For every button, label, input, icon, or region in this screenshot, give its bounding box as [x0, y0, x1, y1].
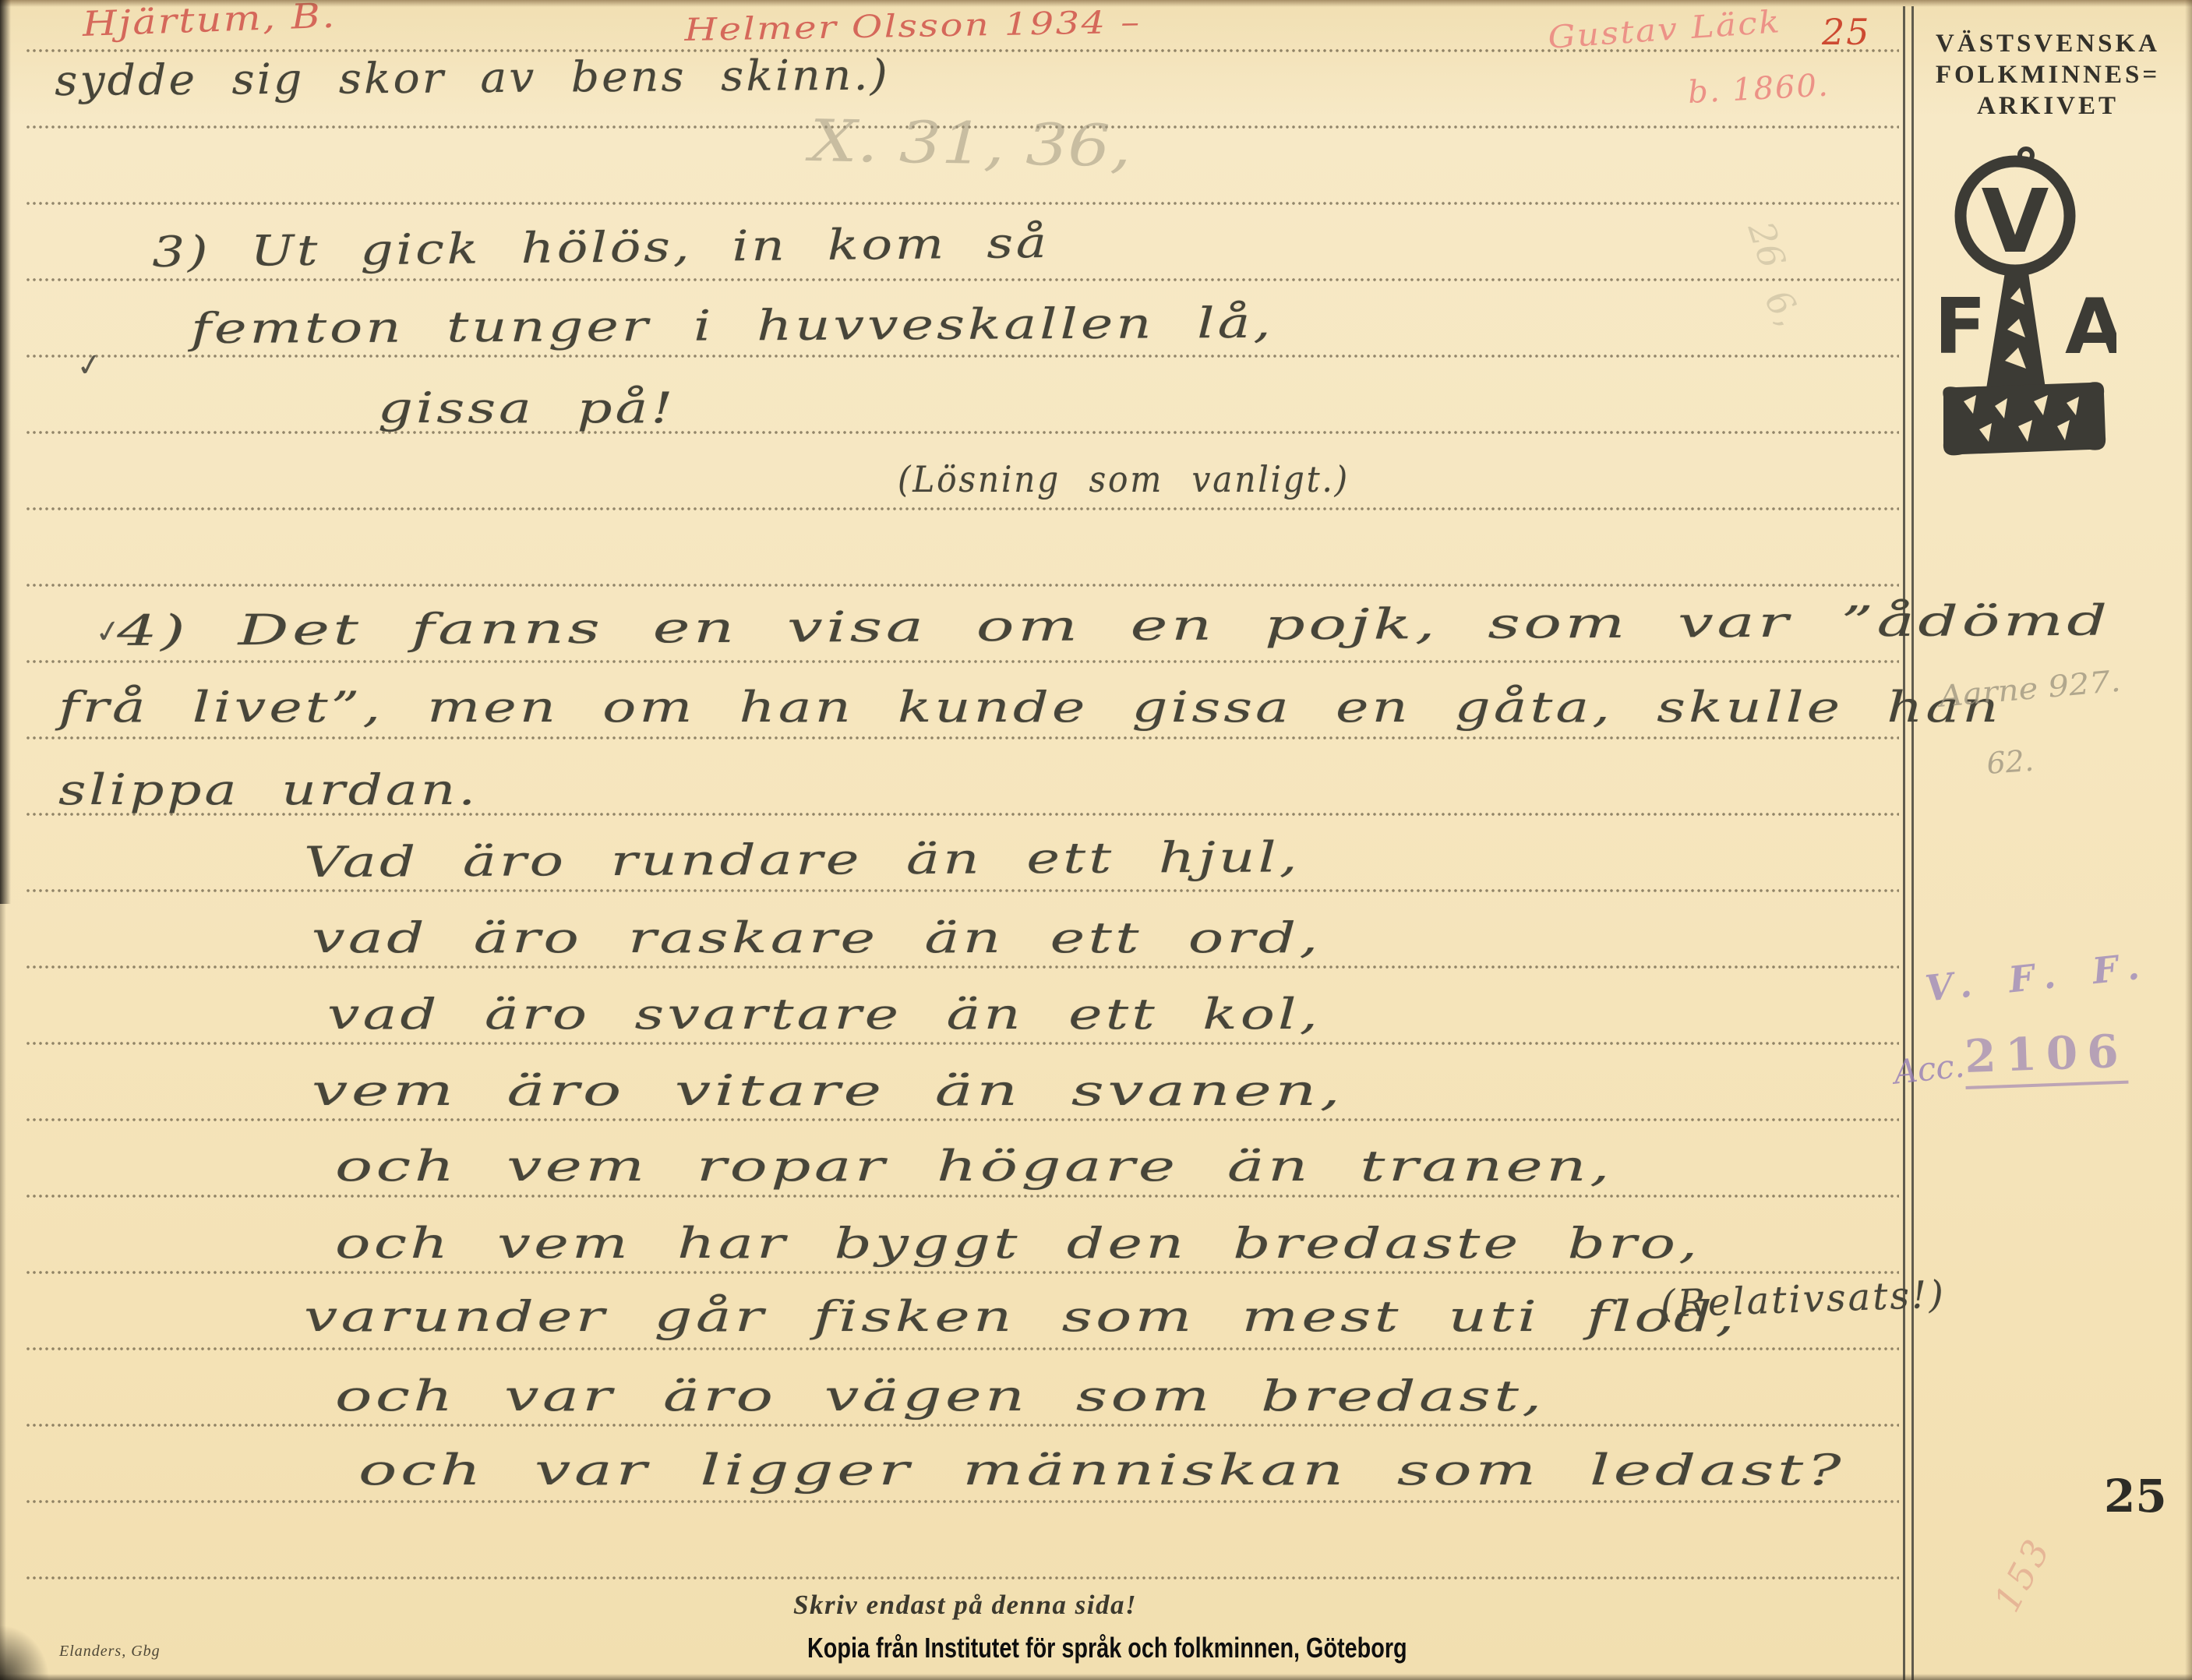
archive-logo: V F A — [1931, 144, 2116, 471]
scan-edge-left-lower — [0, 904, 6, 1680]
manuscript-line: och vem ropar högare än tranen, — [335, 1142, 1613, 1191]
vff-stamp: V. F. F. — [1923, 944, 2154, 1009]
thors-hammer-icon: V F A — [1931, 144, 2116, 471]
archive-name-line1: VÄSTSVENSKA — [1918, 28, 2177, 59]
manuscript-line: gissa på! — [378, 383, 676, 432]
aarne-type-note: Aarne 927. — [1938, 664, 2122, 714]
informant-birthyear-annotation: b. 1860. — [1687, 67, 1830, 110]
manuscript-line: vem äro vitare än svanen, — [312, 1066, 1343, 1115]
check-mark-icon: ✓ — [74, 346, 105, 385]
manuscript-line: slippa urdan. — [58, 765, 478, 814]
margin-divider-line-left — [1903, 6, 1905, 1680]
copy-watermark: Kopia från Institutet för språk och folk… — [807, 1632, 1407, 1664]
manuscript-line: och vem har byggt den bredaste bro, — [335, 1219, 1700, 1268]
archive-name-line2: FOLKMINNES= — [1918, 59, 2177, 90]
scan-corner-shadow — [0, 1625, 50, 1680]
accession-number-stamp: 2106 — [1964, 1025, 2129, 1089]
accession-label: Acc. — [1892, 1046, 1966, 1092]
manuscript-line: Vad äro rundare än ett hjul, — [304, 832, 1301, 887]
manuscript-line: 3) Ut gick hölös, in kom så — [152, 218, 1050, 277]
archive-name-line3: ARKIVET — [1918, 90, 2177, 122]
manuscript-line: sydde sig skor av bens skinn.) — [55, 51, 890, 105]
manuscript-line: (Lösning som vanligt.) — [898, 458, 1350, 500]
manuscript-line: 4) Det fanns en visa om en pojk, som var… — [117, 596, 2111, 655]
margin-divider-line-right — [1911, 6, 1914, 1680]
logo-letter-v: V — [1982, 171, 2049, 273]
scan-edge-top — [0, 0, 2192, 7]
archive-name: VÄSTSVENSKA FOLKMINNES= ARKIVET — [1918, 28, 2177, 122]
pencil-signum: X. 31, 36, — [809, 108, 1131, 180]
scan-edge-right — [2185, 0, 2192, 1680]
printer-mark: Elanders, Gbg — [59, 1643, 161, 1661]
faint-red-number: 153 — [1986, 1530, 2060, 1618]
manuscript-line: och var ligger människan som ledast? — [358, 1445, 1844, 1495]
logo-letter-f: F — [1934, 283, 1986, 372]
scan-edge-bottom — [0, 1674, 2192, 1680]
printed-page-number: 25 — [2104, 1470, 2167, 1523]
logo-letter-a: A — [2065, 283, 2116, 372]
footer-instruction: Skriv endast på denna sida! — [793, 1590, 1137, 1621]
aarne-sub-note: 62. — [1986, 743, 2035, 781]
manuscript-line: varunder går fisken som mest uti flod, — [304, 1292, 1738, 1341]
manuscript-line: och var äro vägen som bredast, — [335, 1371, 1545, 1421]
red-page-number: 25 — [1822, 11, 1871, 53]
archival-document-page: Hjärtum, B. Helmer Olsson 1934 – Gustav … — [0, 0, 2192, 1680]
manuscript-line: vad äro raskare än ett ord, — [312, 913, 1322, 962]
manuscript-line: vad äro svartare än ett kol, — [327, 990, 1321, 1039]
scan-edge-left — [0, 0, 11, 904]
manuscript-line: femton tunger i huvveskallen lå, — [191, 298, 1274, 353]
manuscript-line: frå livet”, men om han kunde gissa en gå… — [58, 683, 2002, 732]
